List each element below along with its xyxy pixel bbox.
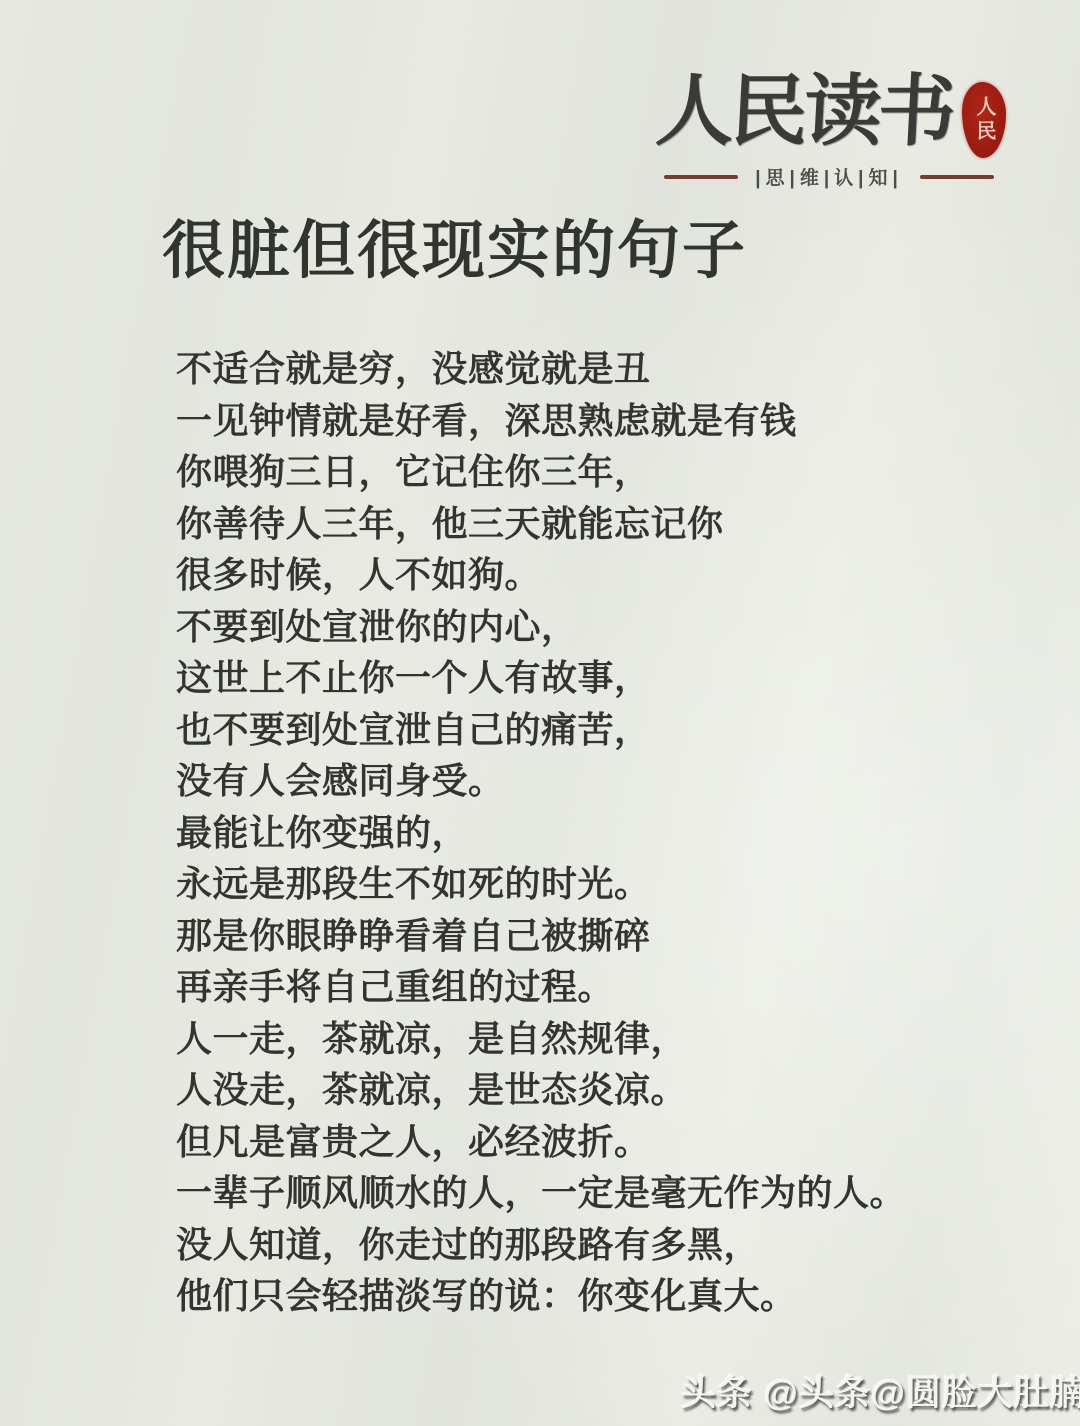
brand-seal-text: 人民 <box>973 96 995 144</box>
sentence-line: 人没走，茶就凉，是世态炎凉。 <box>176 1065 1066 1117</box>
sentence-line: 人一走，茶就凉，是自然规律， <box>176 1014 1066 1066</box>
watermark: 头条 @头条@圆脸大肚腩 <box>681 1366 1080 1416</box>
sentence-line: 没人知道，你走过的那段路有多黑， <box>176 1220 1066 1272</box>
sentence-line: 一辈子顺风顺水的人，一定是毫无作为的人。 <box>176 1168 1066 1220</box>
sentence-line: 不适合就是穷，没感觉就是丑 <box>176 344 1066 396</box>
tagline-rule-left <box>664 175 738 179</box>
sentence-line: 永远是那段生不如死的时光。 <box>176 859 1066 911</box>
sentence-line: 他们只会轻描淡写的说：你变化真大。 <box>176 1271 1066 1323</box>
sentence-line: 很多时候，人不如狗。 <box>176 550 1066 602</box>
page-title: 很脏但很现实的句子 <box>162 200 747 291</box>
brand-seal-icon: 人民 <box>962 82 1006 158</box>
tagline-rule-right <box>920 175 994 179</box>
brand-logo: 人民读书 人民 <box>656 66 1006 158</box>
sentence-line: 但凡是富贵之人，必经波折。 <box>176 1117 1066 1169</box>
sentence-line: 那是你眼睁睁看着自己被撕碎 <box>176 911 1066 963</box>
brand-logo-text: 人民读书 <box>654 66 955 158</box>
sentence-line: 没有人会感同身受。 <box>176 756 1066 808</box>
sentence-line: 不要到处宣泄你的内心， <box>176 602 1066 654</box>
sentence-line: 你喂狗三日，它记住你三年， <box>176 447 1066 499</box>
sentence-line: 这世上不止你一个人有故事， <box>176 653 1066 705</box>
sentence-line: 一见钟情就是好看，深思熟虑就是有钱 <box>176 396 1066 448</box>
sentence-line: 最能让你变强的， <box>176 808 1066 860</box>
sentence-line: 再亲手将自己重组的过程。 <box>176 962 1066 1014</box>
brand-tagline: |思|维|认|知| <box>755 163 903 190</box>
sentence-line: 你善待人三年，他三天就能忘记你 <box>176 499 1066 551</box>
sentence-list: 不适合就是穷，没感觉就是丑 一见钟情就是好看，深思熟虑就是有钱 你喂狗三日，它记… <box>176 344 1066 1323</box>
brand-tagline-row: |思|维|认|知| <box>664 163 994 190</box>
sentence-line: 也不要到处宣泄自己的痛苦， <box>176 705 1066 757</box>
